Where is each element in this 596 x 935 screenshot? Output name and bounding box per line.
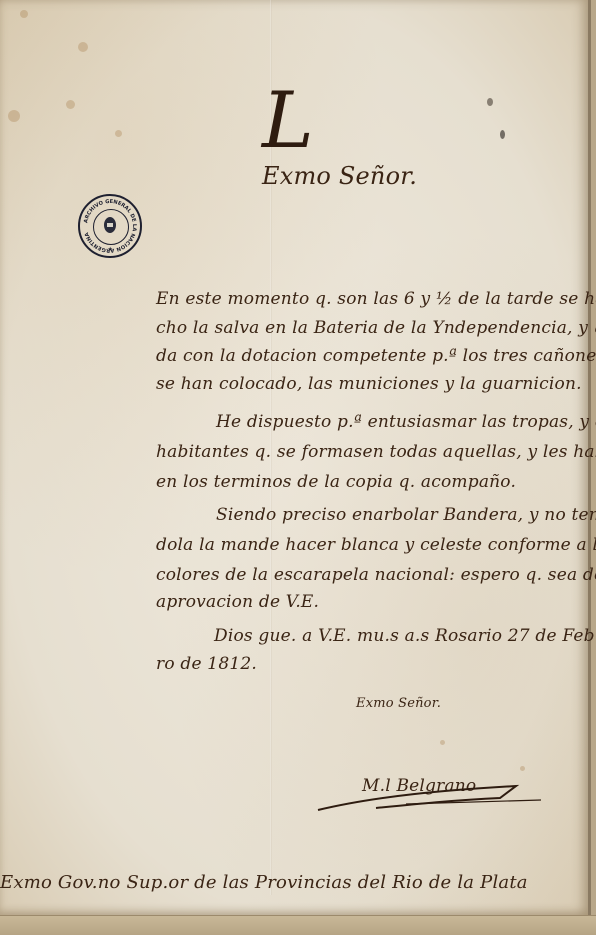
body-line: Dios gue. a V.E. mu.s a.s Rosario 27 de …: [214, 626, 596, 646]
body-line: se han colocado, las municiones y la gua…: [156, 374, 582, 394]
addressee: Exmo Gov.no Sup.or de las Provincias del…: [0, 872, 528, 893]
body-line: en los terminos de la copia q. acompaño.: [156, 472, 516, 492]
body-line: dola la mande hacer blanca y celeste con…: [156, 535, 596, 555]
foxing-spot: [8, 110, 20, 122]
ink-blot: [487, 98, 493, 106]
body-line: da con la dotacion competente p.ª los tr…: [156, 346, 596, 366]
page-underlay: [0, 915, 596, 935]
manuscript-page: ARCHIVO GENERAL DE LA NACION ARGENTINA ★…: [0, 0, 591, 915]
body-line: Siendo preciso enarbolar Bandera, y no t…: [216, 505, 596, 525]
ink-blot: [500, 130, 505, 139]
foxing-spot: [20, 10, 28, 18]
body-line: habitantes q. se formasen todas aquellas…: [156, 442, 596, 462]
body-line: cho la salva en la Bateria de la Yndepen…: [156, 318, 596, 338]
foxing-spot: [66, 100, 75, 109]
body-line: ro de 1812.: [156, 654, 257, 674]
star-icon: ★: [108, 246, 113, 253]
foxing-spot: [520, 766, 525, 771]
archive-stamp: ARCHIVO GENERAL DE LA NACION ARGENTINA ★: [78, 194, 142, 258]
foxing-spot: [440, 740, 445, 745]
foxing-spot: [115, 130, 122, 137]
heading-initial: L: [262, 82, 314, 160]
body-line: En este momento q. son las 6 y ½ de la t…: [156, 289, 596, 309]
closing-salutation: Exmo Señor.: [356, 696, 441, 711]
signature-flourish-icon: [316, 778, 556, 818]
foxing-spot: [78, 42, 88, 52]
salutation: Exmo Señor.: [262, 162, 417, 190]
body-line: colores de la escarapela nacional: esper…: [156, 565, 596, 585]
body-line: aprovacion de V.E.: [156, 592, 319, 612]
stamp-inner-ring: [93, 209, 129, 245]
body-line: He dispuesto p.ª entusiasmar las tropas,…: [216, 412, 596, 432]
